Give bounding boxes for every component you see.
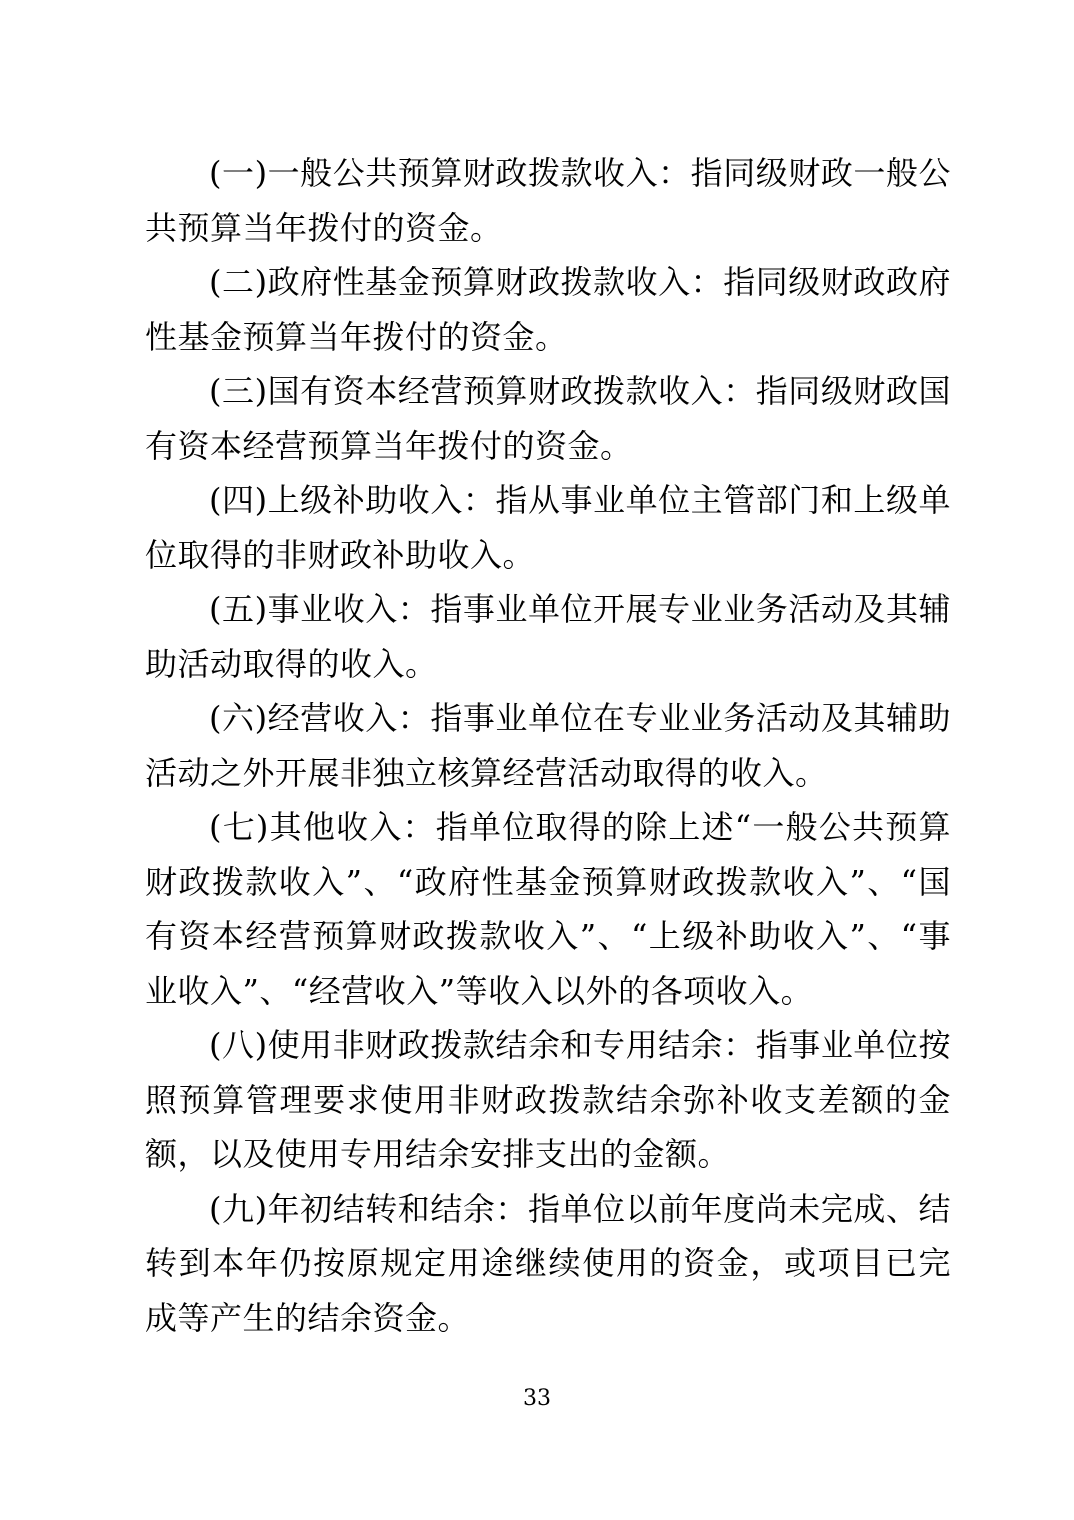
paragraph-7: (七)其他收入：指单位取得的除上述“一般公共预算财政拨款收入”、“政府性基金预算… <box>145 800 951 1018</box>
paragraph-3: (三)国有资本经营预算财政拨款收入：指同级财政国有资本经营预算当年拨付的资金。 <box>145 364 951 473</box>
paragraph-5: (五)事业收入：指事业单位开展专业业务活动及其辅助活动取得的收入。 <box>145 582 951 691</box>
paragraph-8: (八)使用非财政拨款结余和专用结余：指事业单位按照预算管理要求使用非财政拨款结余… <box>145 1018 951 1182</box>
document-page: (一)一般公共预算财政拨款收入：指同级财政一般公共预算当年拨付的资金。 (二)政… <box>0 0 1074 1520</box>
paragraph-6: (六)经营收入：指事业单位在专业业务活动及其辅助活动之外开展非独立核算经营活动取… <box>145 691 951 800</box>
paragraph-2: (二)政府性基金预算财政拨款收入：指同级财政政府性基金预算当年拨付的资金。 <box>145 255 951 364</box>
document-body: (一)一般公共预算财政拨款收入：指同级财政一般公共预算当年拨付的资金。 (二)政… <box>145 146 951 1345</box>
paragraph-9: (九)年初结转和结余：指单位以前年度尚未完成、结转到本年仍按原规定用途继续使用的… <box>145 1182 951 1346</box>
paragraph-1: (一)一般公共预算财政拨款收入：指同级财政一般公共预算当年拨付的资金。 <box>145 146 951 255</box>
page-number: 33 <box>523 1386 551 1411</box>
paragraph-4: (四)上级补助收入：指从事业单位主管部门和上级单位取得的非财政补助收入。 <box>145 473 951 582</box>
page-footer: 33 <box>0 1386 1074 1411</box>
